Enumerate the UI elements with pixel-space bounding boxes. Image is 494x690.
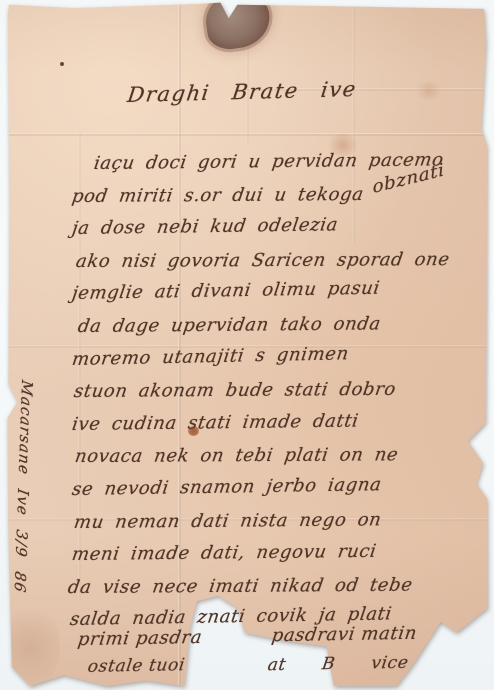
signoff-right: at B vice: [266, 653, 409, 675]
letter-body: iaçu doci gori u pervidan pacemo pod mir…: [72, 148, 486, 637]
letter-line: stuon akonam bude stati dobro: [72, 373, 489, 408]
wax-seal-stain: [203, 0, 274, 52]
letter-line: ja dose nebi kud odelezia: [70, 207, 490, 245]
letter-line: ive cudina stati imade datti: [70, 404, 490, 442]
ink-speck: [60, 62, 64, 66]
letter-line: mu neman dati nista nego on: [72, 503, 489, 539]
letter-line-text: pod miriti s.or dui u tekoga: [71, 184, 366, 207]
closing-right: pasdravi matin: [270, 623, 418, 647]
closing-left: primi pasdra: [76, 627, 203, 650]
letter-line: se nevodi snamon jerbo iagna: [70, 467, 490, 506]
signoff-left: ostale tuoi: [86, 655, 186, 677]
letter-line: meni imade dati, negovu ruci: [70, 535, 489, 572]
fold-crease: [6, 133, 488, 136]
faint-blotch: [416, 82, 442, 100]
letter-scan: Draghi Brate ive iaçu doci gori u pervid…: [0, 0, 494, 690]
letter-line: jemglie ati divani olimu pasui: [70, 271, 490, 311]
